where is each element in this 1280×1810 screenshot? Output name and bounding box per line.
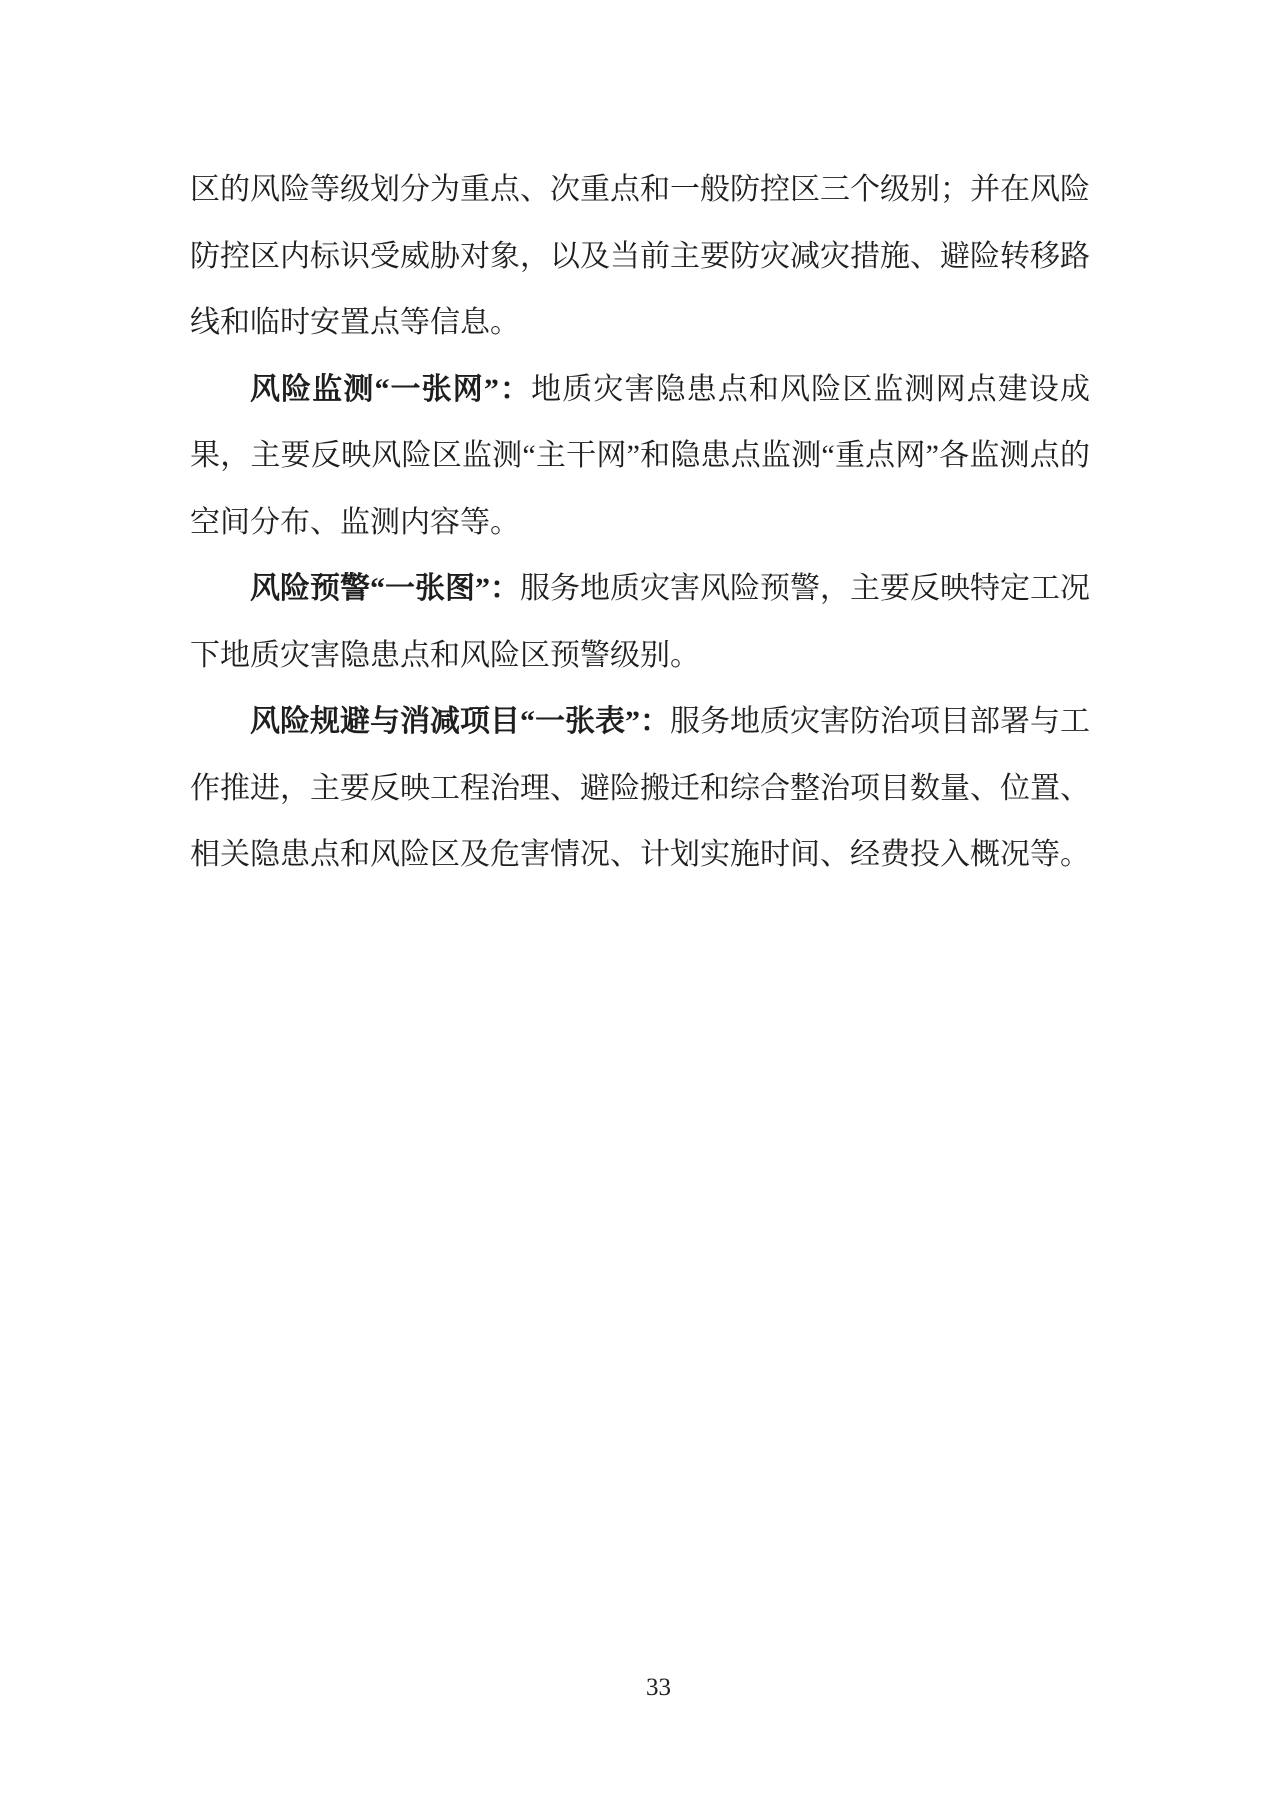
document-text-block: 区的风险等级划分为重点、次重点和一般防控区三个级别；并在风险防控区内标识受威胁对… — [190, 157, 1090, 889]
paragraph: 风险预警“一张图”：服务地质灾害风险预警，主要反映特定工况下地质灾害隐患点和风险… — [190, 556, 1090, 689]
paragraph-body: 区的风险等级划分为重点、次重点和一般防控区三个级别；并在风险防控区内标识受威胁对… — [190, 173, 1090, 339]
paragraph-lead-bold: 风险预警“一张图”： — [250, 572, 520, 605]
paragraph: 区的风险等级划分为重点、次重点和一般防控区三个级别；并在风险防控区内标识受威胁对… — [190, 157, 1090, 357]
page-number: 33 — [646, 1674, 671, 1702]
paragraph: 风险规避与消减项目“一张表”：服务地质灾害防治项目部署与工作推进，主要反映工程治… — [190, 689, 1090, 889]
document-page: 区的风险等级划分为重点、次重点和一般防控区三个级别；并在风险防控区内标识受威胁对… — [0, 0, 1280, 1810]
paragraph-lead-bold: 风险规避与消减项目“一张表”： — [250, 705, 670, 738]
paragraph: 风险监测“一张网”：地质灾害隐患点和风险区监测网点建设成果，主要反映风险区监测“… — [190, 357, 1090, 557]
paragraph-lead-bold: 风险监测“一张网”： — [250, 373, 531, 406]
